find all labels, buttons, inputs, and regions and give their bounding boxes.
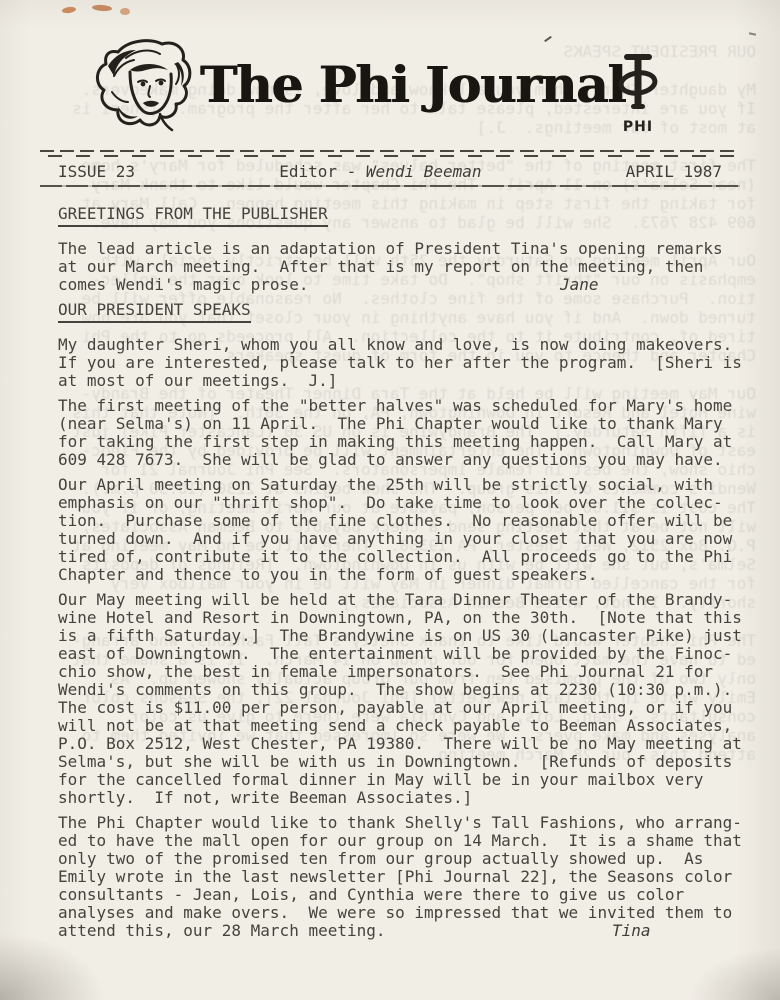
editor-credit: Editor - Wendi Beeman [279, 162, 481, 181]
double-dashed-rule [40, 150, 740, 157]
phi-symbol-icon: PHI [608, 52, 668, 135]
signature-tina: Tina [612, 922, 651, 940]
phi-glyph-icon [614, 52, 662, 114]
section-president-speaks: OUR PRESIDENT SPEAKS My daughter Sheri, … [58, 301, 722, 940]
signature-jane: Jane [560, 276, 599, 294]
issue-bar: ISSUE 23 Editor - Wendi Beeman APRIL 198… [40, 162, 740, 181]
paragraph: My daughter Sheri, whom you all know and… [58, 336, 722, 390]
masthead: The Phi Journal PHI [0, 0, 780, 150]
paragraph-text: The lead article is an adaptation of Pre… [58, 240, 722, 294]
paragraph: The lead article is an adaptation of Pre… [58, 240, 722, 294]
journal-title: The Phi Journal [195, 60, 630, 110]
issue-date: APRIL 1987 [626, 162, 722, 181]
newsletter-page: OUR PRESIDENT SPEAKS My daughter Sheri, … [0, 0, 780, 1000]
section-heading: GREETINGS FROM THE PUBLISHER [58, 205, 328, 227]
newsletter-body: GREETINGS FROM THE PUBLISHER The lead ar… [0, 187, 780, 940]
paragraph-text: The first meeting of the "better halves"… [58, 397, 722, 469]
paragraph: Our May meeting will be held at the Tara… [58, 591, 722, 807]
paragraph: The Phi Chapter would like to thank Shel… [58, 814, 722, 940]
editor-prefix: Editor - [279, 162, 366, 181]
phi-label: PHI [608, 119, 668, 135]
paragraph-text: Our April meeting on Saturday the 25th w… [58, 476, 722, 584]
paragraph-text: Our May meeting will be held at the Tara… [58, 591, 722, 807]
editor-name: Wendi Beeman [366, 162, 482, 181]
issue-number: ISSUE 23 [58, 162, 135, 181]
dashed-line [40, 150, 740, 152]
section-heading: OUR PRESIDENT SPEAKS [58, 301, 251, 323]
rust-stain [120, 8, 130, 15]
paragraph-text: My daughter Sheri, whom you all know and… [58, 336, 722, 390]
paragraph: Our April meeting on Saturday the 25th w… [58, 476, 722, 584]
section-publisher-greetings: GREETINGS FROM THE PUBLISHER The lead ar… [58, 205, 722, 294]
paragraph: The first meeting of the "better halves"… [58, 397, 722, 469]
dashed-line [40, 155, 740, 157]
